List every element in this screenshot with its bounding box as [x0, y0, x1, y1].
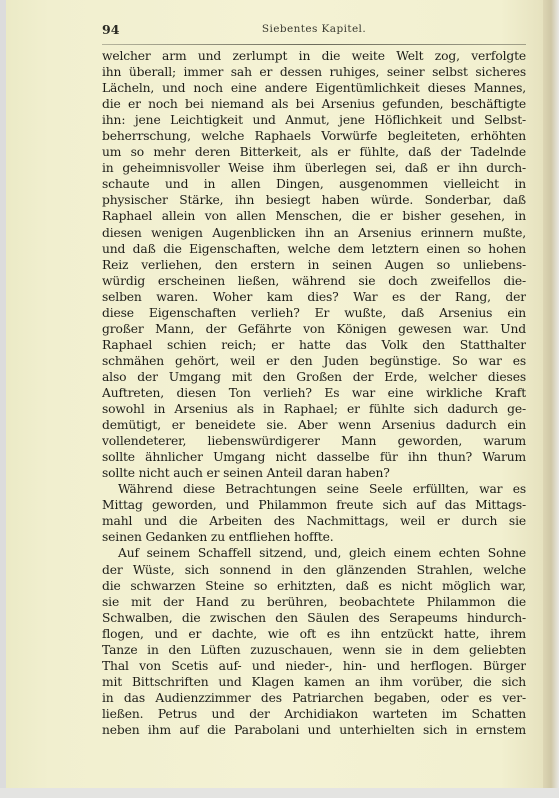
text-line: beherrschung, welche Raphaels Vorwürfe b… [102, 128, 526, 144]
text-line: welcher arm und zerlumpt in die weite We… [102, 48, 526, 64]
chapter-title: Siebentes Kapitel. [102, 23, 526, 35]
text-line: mahl und die Arbeiten des Nachmittags, w… [102, 513, 526, 529]
text-line: die er noch bei niemand als bei Arsenius… [102, 96, 526, 112]
text-line: Reiz verliehen, den erstern in seinen Au… [102, 257, 526, 273]
text-line: Raphael schien reich; er hatte das Volk … [102, 337, 526, 353]
text-line: in geheimnisvoller Weise ihm überlegen s… [102, 160, 526, 176]
paragraph-3: Auf seinem Schaffell sitzend, und, gleic… [102, 545, 526, 738]
text-line: seinen Gedanken zu entfliehen hoffte. [102, 529, 526, 545]
text-line: neben ihm auf die Parabolani und unterhi… [102, 722, 526, 738]
text-line: die schwarzen Steine so erhitzten, daß e… [102, 578, 526, 594]
text-line: sowohl in Arsenius als in Raphael; er fü… [102, 401, 526, 417]
text-line: und daß die Eigenschaften, welche dem le… [102, 241, 526, 257]
text-line: ließen. Petrus und der Archidiakon warte… [102, 706, 526, 722]
text-line: Auftreten, diesen Ton verlieh? Es war ei… [102, 385, 526, 401]
text-line: Schwalben, die zwischen den Säulen des S… [102, 610, 526, 626]
text-line: physischer Stärke, ihn besiegt haben wür… [102, 192, 526, 208]
page-fore-edge-shadow [543, 0, 559, 790]
header-rule [102, 44, 526, 45]
paragraph-2: Während diese Betrachtungen seine Seele … [102, 481, 526, 545]
text-line: Auf seinem Schaffell sitzend, und, gleic… [102, 545, 526, 561]
text-line: flogen, und er dachte, wie oft es ihn en… [102, 626, 526, 642]
text-line: diese Eigenschaften verlieh? Er wußte, d… [102, 305, 526, 321]
text-line: sollte ähnlicher Umgang nicht dasselbe f… [102, 449, 526, 465]
running-head: 94 Siebentes Kapitel. [102, 22, 526, 40]
text-line: um so mehr deren Bitterkeit, als er fühl… [102, 144, 526, 160]
text-line: in das Audienzzimmer des Patriarchen beg… [102, 690, 526, 706]
text-line: selben waren. Woher kam dies? War es der… [102, 289, 526, 305]
text-line: sollte nicht auch er seinen Anteil daran… [102, 465, 526, 481]
text-line: also der Umgang mit den Großen der Erde,… [102, 369, 526, 385]
paragraph-1: welcher arm und zerlumpt in die weite We… [102, 48, 526, 481]
text-line: Thal von Scetis auf- und nieder-, hin- u… [102, 658, 526, 674]
text-line: ihn: jene Leichtigkeit und Anmut, jene H… [102, 112, 526, 128]
scan-bottom-margin [0, 788, 559, 798]
text-line: schmähen gehört, weil er den Juden begün… [102, 353, 526, 369]
text-line: Lächeln, und noch eine andere Eigentümli… [102, 80, 526, 96]
text-line: mit Bittschriften und Klagen kamen an ih… [102, 674, 526, 690]
text-line: würdig erscheinen ließen, während sie do… [102, 273, 526, 289]
text-line: der Wüste, sich sonnend in den glänzende… [102, 562, 526, 578]
body-text: welcher arm und zerlumpt in die weite We… [102, 48, 526, 738]
text-line: Raphael allein von allen Menschen, die e… [102, 208, 526, 224]
text-line: Mittag geworden, und Philammon freute si… [102, 497, 526, 513]
text-line: sie mit der Hand zu berühren, beobachtet… [102, 594, 526, 610]
text-line: Während diese Betrachtungen seine Seele … [102, 481, 526, 497]
text-line: vollendeterer, liebenswürdigerer Mann ge… [102, 433, 526, 449]
text-line: Tanze in den Lüften zuzuschauen, wenn si… [102, 642, 526, 658]
text-line: schaute und in allen Dingen, ausgenommen… [102, 176, 526, 192]
text-line: diesen wenigen Augenblicken ihn an Arsen… [102, 225, 526, 241]
text-line: ihn überall; immer sah er dessen ruhiges… [102, 64, 526, 80]
text-line: großer Mann, der Gefährte von Königen ge… [102, 321, 526, 337]
text-line: demütigt, er beneidete sie. Aber wenn Ar… [102, 417, 526, 433]
